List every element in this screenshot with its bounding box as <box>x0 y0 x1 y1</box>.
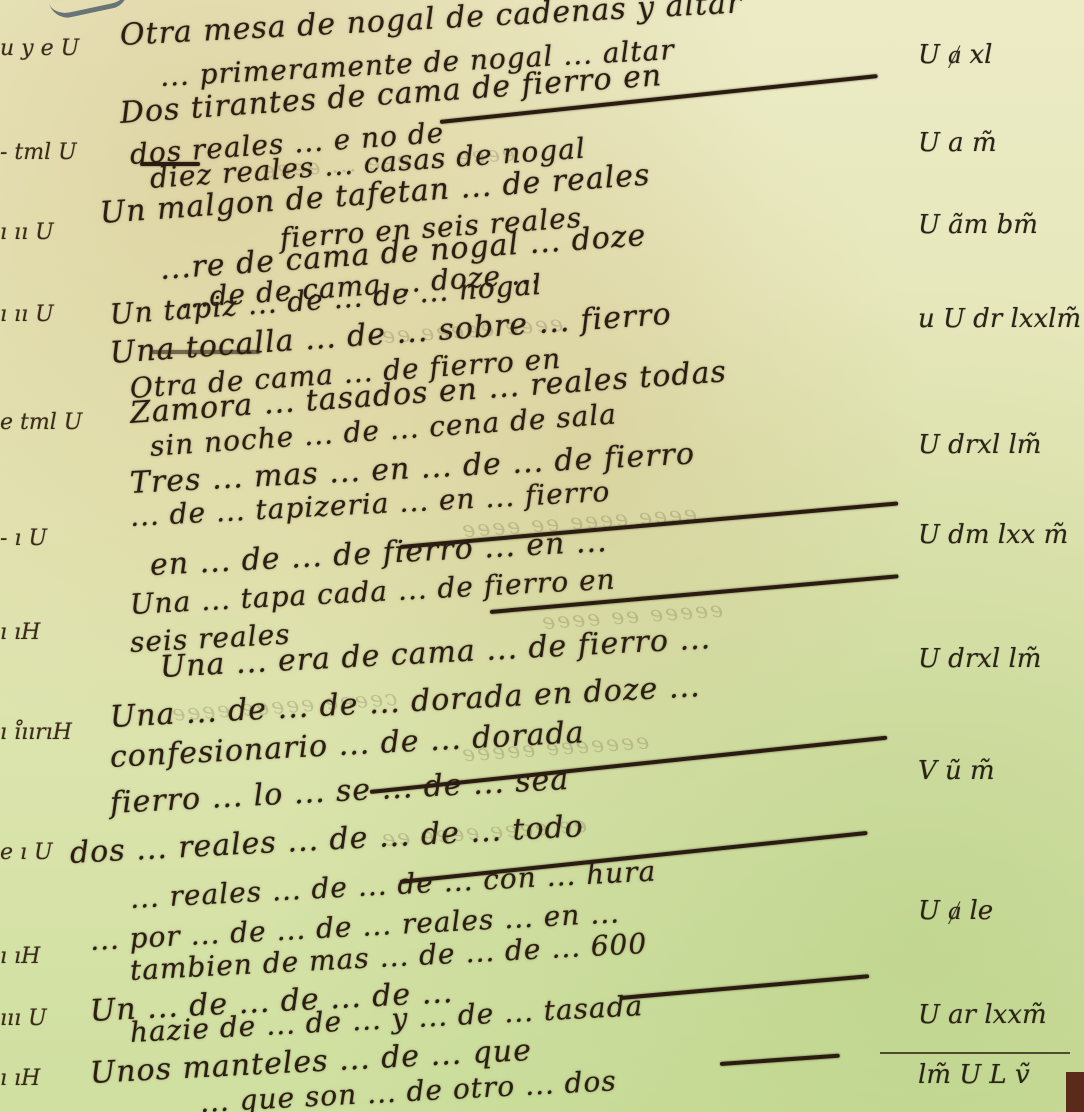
left-margin-mark: ı ıH <box>0 620 40 645</box>
right-margin-sum: U drxl lm̃ <box>918 644 1041 674</box>
right-margin-sum: U drxl lm̃ <box>918 430 1041 460</box>
left-margin-mark: ı ıH <box>0 1066 40 1091</box>
page-corner <box>1066 1072 1084 1112</box>
right-margin-sum: U ar lxxm̃ <box>918 1000 1047 1030</box>
cancel-stroke-icon <box>140 162 200 166</box>
right-margin-sum: U dm lxx m̃ <box>918 520 1068 550</box>
left-margin-mark: ı ıı U <box>0 220 54 245</box>
left-margin-mark: e ı U <box>0 840 53 865</box>
cancel-stroke-icon <box>620 974 869 1000</box>
right-margin-sum: U a m̃ <box>918 128 997 158</box>
sum-rule <box>880 1052 1070 1054</box>
manuscript-page: eeee ... eee ... eeee eeee eeeee ee eeee… <box>0 0 1084 1112</box>
left-margin-mark: ııı U <box>0 1006 47 1031</box>
right-margin-sum: U ãm bm̃ <box>918 210 1038 240</box>
left-margin-mark: - ı U <box>0 526 47 551</box>
right-margin-sum: lm̃ U L ṽ <box>918 1060 1030 1090</box>
left-margin-mark: ı ıH <box>0 944 40 969</box>
left-margin-mark: - tml U <box>0 140 77 165</box>
right-margin-sum: u U dr lxxlm̃ <box>918 304 1081 334</box>
right-margin-sum: U ⱥ le <box>918 896 993 926</box>
cancel-stroke-icon <box>720 1054 840 1066</box>
right-margin-sum: U ⱥ xl <box>918 40 992 70</box>
left-margin-mark: u y e U <box>0 36 79 61</box>
cancel-stroke-icon <box>150 350 260 354</box>
left-margin-mark: e tml U <box>0 410 82 435</box>
left-margin-mark: ı ıı U <box>0 302 54 327</box>
right-margin-sum: V ũ m̃ <box>918 756 995 786</box>
left-margin-mark: ı ı̊ıırıH <box>0 720 72 745</box>
